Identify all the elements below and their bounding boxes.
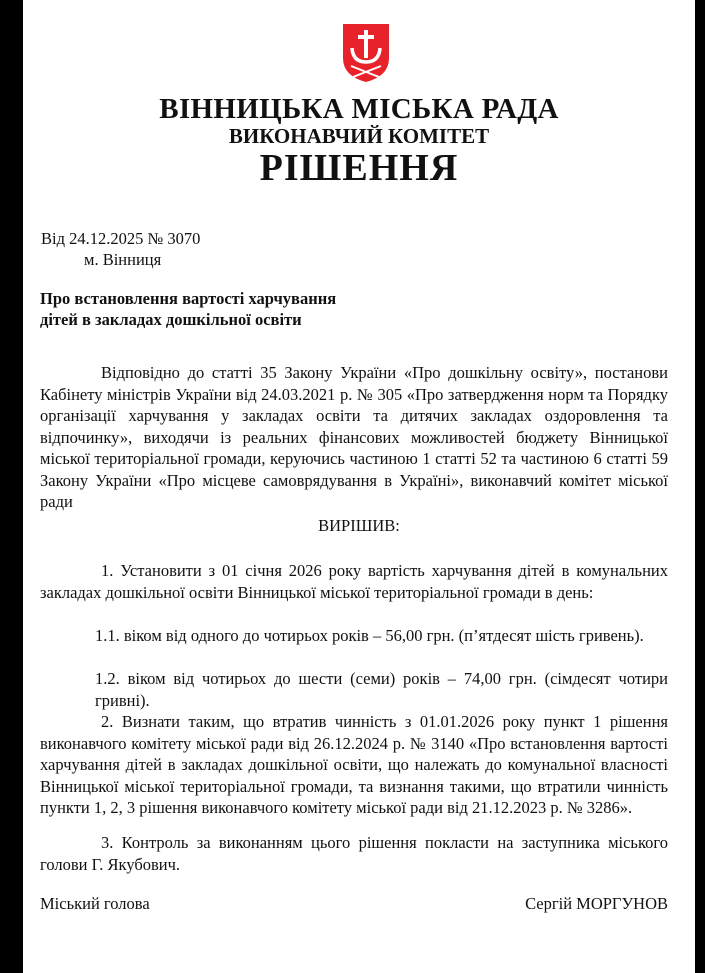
item-1-1: 1.1. віком від одного до чотирьох років … [40,625,668,647]
document-page: ВІННИЦЬКА МІСЬКА РАДА ВИКОНАВЧИЙ КОМІТЕТ… [23,0,695,973]
document-type: РІШЕННЯ [23,146,695,190]
date-number: Від 24.12.2025 № 3070 [41,228,200,250]
council-title: ВІННИЦЬКА МІСЬКА РАДА [23,93,695,126]
item-2: 2. Визнати таким, що втратив чинність з … [40,711,668,819]
item-3: 3. Контроль за виконанням цього рішення … [40,832,668,875]
signature-position: Міський голова [40,893,150,915]
resolved-heading: ВИРІШИВ: [23,515,695,537]
signature-name: Сергій МОРГУНОВ [525,893,668,915]
city: м. Вінниця [84,249,161,271]
item-1-2: 1.2. віком від чотирьох до шести (семи) … [40,668,668,711]
subject-title: Про встановлення вартості харчування діт… [40,289,340,330]
coat-of-arms-icon [341,22,391,84]
item-1: 1. Установити з 01 січня 2026 року варті… [40,560,668,603]
preamble: Відповідно до статті 35 Закону України «… [40,362,668,513]
